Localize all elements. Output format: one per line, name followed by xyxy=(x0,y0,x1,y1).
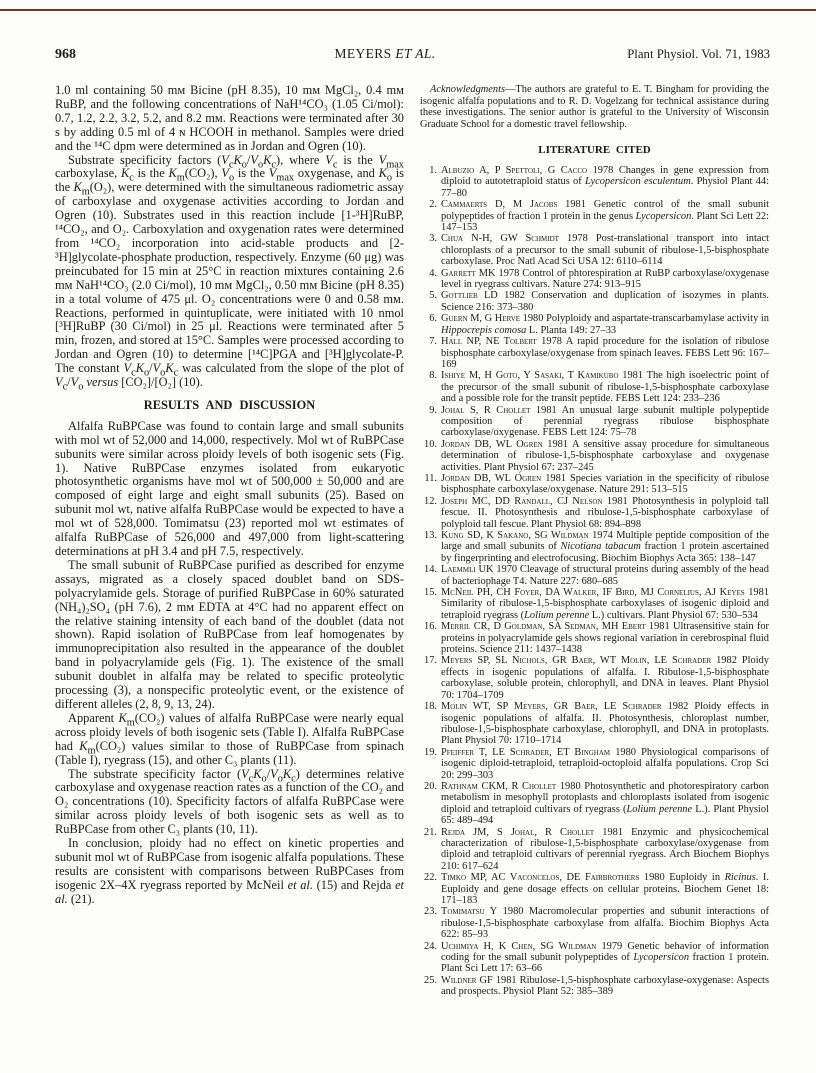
reference-authors: Gottlieb LD xyxy=(441,290,498,301)
reference-item: 14.Laemmli UK 1970 Cleavage of structura… xyxy=(420,564,769,587)
reference-number: 9. xyxy=(420,405,441,439)
reference-number: 19. xyxy=(420,747,441,781)
paragraph: Alfalfa RuBPCase was found to contain la… xyxy=(55,420,404,559)
reference-authors: Guern M, G Herve xyxy=(441,313,520,324)
reference-item: 4.Garrett MK 1978 Control of phtorespira… xyxy=(420,268,769,291)
reference-number: 13. xyxy=(420,530,441,564)
reference-authors: McNeil PH, CH Foyer, DA Walker, IF Bird,… xyxy=(441,587,745,598)
reference-body: Kung SD, K Sakano, SG Wildman 1974 Multi… xyxy=(441,530,769,564)
reference-number: 10. xyxy=(420,439,441,473)
reference-body: Laemmli UK 1970 Cleavage of structural p… xyxy=(441,564,769,587)
reference-body: Wildner GF 1981 Ribulose-1,5-bisphosphat… xyxy=(441,975,769,998)
reference-authors: Rathnam CKM, R Chollet xyxy=(441,781,556,792)
page-number: 968 xyxy=(55,47,175,63)
literature-cited-heading: LITERATURE CITED xyxy=(420,144,769,156)
reference-body: McNeil PH, CH Foyer, DA Walker, IF Bird,… xyxy=(441,587,769,621)
reference-item: 9.Johal S, R Chollet 1981 An unusual lar… xyxy=(420,405,769,439)
journal-volume-ref: Plant Physiol. Vol. 71, 1983 xyxy=(595,47,770,62)
reference-body: Timko MP, AC Vaconcelos, DE Fairbrothers… xyxy=(441,872,769,906)
reference-item: 7.Hall NP, NE Tolbert 1978 A rapid proce… xyxy=(420,336,769,370)
reference-item: 25.Wildner GF 1981 Ribulose-1,5-bisphosp… xyxy=(420,975,769,998)
top-rule xyxy=(0,9,816,11)
reference-authors: Rejda JM, S Johal, R Chollet xyxy=(441,827,594,838)
reference-body: Rejda JM, S Johal, R Chollet 1981 Enzymi… xyxy=(441,827,769,873)
reference-number: 14. xyxy=(420,564,441,587)
reference-authors: Molin WT, SP Meyers, GR Baer, LE Schrade… xyxy=(441,701,662,712)
reference-body: Merril CR, D Goldman, SA Sedman, MH Eber… xyxy=(441,621,769,655)
paragraph: The small subunit of RuBPCase purified a… xyxy=(55,559,404,712)
reference-authors: Uchimiya H, K Chen, SG Wildman xyxy=(441,941,596,952)
reference-authors: Meyers SP, SL Nichols, GR Baer, WT Molin… xyxy=(441,655,711,666)
reference-authors: Timko MP, AC Vaconcelos, DE Fairbrothers xyxy=(441,872,639,883)
running-title-authors: MEYERS xyxy=(334,46,391,61)
reference-number: 18. xyxy=(420,701,441,747)
reference-authors: Chua N-H, GW Schmidt xyxy=(441,233,559,244)
reference-number: 5. xyxy=(420,290,441,313)
reference-number: 6. xyxy=(420,313,441,336)
reference-item: 23.Tomimatsu Y 1980 Macromolecular prope… xyxy=(420,906,769,940)
reference-authors: Ishiye M, H Goto, Y Sasaki, T Kamikubo xyxy=(441,370,619,381)
reference-authors: Hall NP, NE Tolbert xyxy=(441,336,537,347)
reference-body: Uchimiya H, K Chen, SG Wildman 1979 Gene… xyxy=(441,941,769,975)
reference-authors: Garrett MK xyxy=(441,268,495,279)
reference-body: Joseph MC, DD Randall, CJ Nelson 1981 Ph… xyxy=(441,496,769,530)
reference-body: Pfeiffer T, LE Schrader, ET Bingham 1980… xyxy=(441,747,769,781)
results-paragraphs: Alfalfa RuBPCase was found to contain la… xyxy=(55,420,404,907)
reference-authors: Jordan DB, WL Ogren xyxy=(441,439,543,450)
reference-item: 17.Meyers SP, SL Nichols, GR Baer, WT Mo… xyxy=(420,655,769,701)
reference-body: Molin WT, SP Meyers, GR Baer, LE Schrade… xyxy=(441,701,769,747)
reference-item: 21.Rejda JM, S Johal, R Chollet 1981 Enz… xyxy=(420,827,769,873)
reference-item: 16.Merril CR, D Goldman, SA Sedman, MH E… xyxy=(420,621,769,655)
page-header: 968 MEYERS ET AL. Plant Physiol. Vol. 71… xyxy=(55,46,770,63)
reference-item: 18.Molin WT, SP Meyers, GR Baer, LE Schr… xyxy=(420,701,769,747)
reference-item: 12.Joseph MC, DD Randall, CJ Nelson 1981… xyxy=(420,496,769,530)
two-column-body: 1.0 ml containing 50 mᴍ Bicine (pH 8.35)… xyxy=(55,84,770,998)
paragraph: Substrate specificity factors (VcKo/VoKc… xyxy=(55,154,404,390)
reference-item: 19.Pfeiffer T, LE Schrader, ET Bingham 1… xyxy=(420,747,769,781)
paragraph: 1.0 ml containing 50 mᴍ Bicine (pH 8.35)… xyxy=(55,84,404,154)
running-title-etal: ET AL. xyxy=(395,46,435,61)
reference-item: 22.Timko MP, AC Vaconcelos, DE Fairbroth… xyxy=(420,872,769,906)
reference-number: 3. xyxy=(420,233,441,267)
reference-authors: Laemmli UK xyxy=(441,564,494,575)
reference-number: 17. xyxy=(420,655,441,701)
reference-authors: Cammaerts D, M Jacobs xyxy=(441,199,557,210)
reference-list: 1.Albuzio A, P Spettoli, G Cacco 1978 Ch… xyxy=(420,165,769,998)
right-column: Acknowledgments—The authors are grateful… xyxy=(420,84,769,998)
paragraph: Apparent Km(CO₂) values of alfalfa RuBPC… xyxy=(55,712,404,768)
paragraph: In conclusion, ploidy had no effect on k… xyxy=(55,837,404,907)
reference-authors: Wildner GF xyxy=(441,975,493,986)
reference-body: Johal S, R Chollet 1981 An unusual large… xyxy=(441,405,769,439)
reference-authors: Jordan DB, WL Ogren xyxy=(441,473,541,484)
reference-item: 2.Cammaerts D, M Jacobs 1981 Genetic con… xyxy=(420,199,769,233)
paragraph: The substrate specificity factor (VcKo/V… xyxy=(55,768,404,838)
reference-number: 1. xyxy=(420,165,441,199)
reference-item: 3.Chua N-H, GW Schmidt 1978 Post-transla… xyxy=(420,233,769,267)
running-title: MEYERS ET AL. xyxy=(175,46,595,62)
reference-number: 2. xyxy=(420,199,441,233)
journal-page: 968 MEYERS ET AL. Plant Physiol. Vol. 71… xyxy=(55,46,770,998)
reference-number: 4. xyxy=(420,268,441,291)
methods-paragraphs: 1.0 ml containing 50 mᴍ Bicine (pH 8.35)… xyxy=(55,84,404,390)
reference-item: 13.Kung SD, K Sakano, SG Wildman 1974 Mu… xyxy=(420,530,769,564)
reference-number: 20. xyxy=(420,781,441,827)
reference-item: 15.McNeil PH, CH Foyer, DA Walker, IF Bi… xyxy=(420,587,769,621)
reference-item: 6.Guern M, G Herve 1980 Polyploidy and a… xyxy=(420,313,769,336)
reference-body: Tomimatsu Y 1980 Macromolecular properti… xyxy=(441,906,769,940)
reference-number: 11. xyxy=(420,473,441,496)
reference-body: Cammaerts D, M Jacobs 1981 Genetic contr… xyxy=(441,199,769,233)
reference-body: Chua N-H, GW Schmidt 1978 Post-translati… xyxy=(441,233,769,267)
reference-number: 22. xyxy=(420,872,441,906)
reference-body: Ishiye M, H Goto, Y Sasaki, T Kamikubo 1… xyxy=(441,370,769,404)
reference-number: 25. xyxy=(420,975,441,998)
reference-item: 24.Uchimiya H, K Chen, SG Wildman 1979 G… xyxy=(420,941,769,975)
reference-body: Guern M, G Herve 1980 Polyploidy and asp… xyxy=(441,313,769,336)
reference-body: Hall NP, NE Tolbert 1978 A rapid procedu… xyxy=(441,336,769,370)
reference-number: 8. xyxy=(420,370,441,404)
acknowledgments: Acknowledgments—The authors are grateful… xyxy=(420,84,769,130)
reference-item: 8.Ishiye M, H Goto, Y Sasaki, T Kamikubo… xyxy=(420,370,769,404)
reference-number: 12. xyxy=(420,496,441,530)
reference-item: 1.Albuzio A, P Spettoli, G Cacco 1978 Ch… xyxy=(420,165,769,199)
reference-authors: Joseph MC, DD Randall, CJ Nelson xyxy=(441,496,603,507)
reference-item: 20.Rathnam CKM, R Chollet 1980 Photosynt… xyxy=(420,781,769,827)
reference-authors: Albuzio A, P Spettoli, G Cacco xyxy=(441,165,587,176)
reference-number: 21. xyxy=(420,827,441,873)
reference-authors: Johal S, R Chollet xyxy=(441,405,530,416)
reference-body: Meyers SP, SL Nichols, GR Baer, WT Molin… xyxy=(441,655,769,701)
reference-body: Jordan DB, WL Ogren 1981 Species variati… xyxy=(441,473,769,496)
reference-number: 7. xyxy=(420,336,441,370)
reference-body: Albuzio A, P Spettoli, G Cacco 1978 Chan… xyxy=(441,165,769,199)
reference-body: Jordan DB, WL Ogren 1981 A sensitive ass… xyxy=(441,439,769,473)
reference-body: Garrett MK 1978 Control of phtorespirati… xyxy=(441,268,769,291)
reference-item: 10.Jordan DB, WL Ogren 1981 A sensitive … xyxy=(420,439,769,473)
reference-item: 11.Jordan DB, WL Ogren 1981 Species vari… xyxy=(420,473,769,496)
results-heading: RESULTS AND DISCUSSION xyxy=(55,399,404,413)
reference-item: 5.Gottlieb LD 1982 Conservation and dupl… xyxy=(420,290,769,313)
left-column: 1.0 ml containing 50 mᴍ Bicine (pH 8.35)… xyxy=(55,84,404,998)
reference-authors: Merril CR, D Goldman, SA Sedman, MH Eber… xyxy=(441,621,646,632)
reference-authors: Tomimatsu Y xyxy=(441,906,497,917)
reference-body: Rathnam CKM, R Chollet 1980 Photosynthet… xyxy=(441,781,769,827)
reference-body: Gottlieb LD 1982 Conservation and duplic… xyxy=(441,290,769,313)
reference-number: 23. xyxy=(420,906,441,940)
reference-number: 16. xyxy=(420,621,441,655)
reference-authors: Pfeiffer T, LE Schrader, ET Bingham xyxy=(441,747,610,758)
reference-authors: Kung SD, K Sakano, SG Wildman xyxy=(441,530,589,541)
reference-number: 15. xyxy=(420,587,441,621)
reference-number: 24. xyxy=(420,941,441,975)
